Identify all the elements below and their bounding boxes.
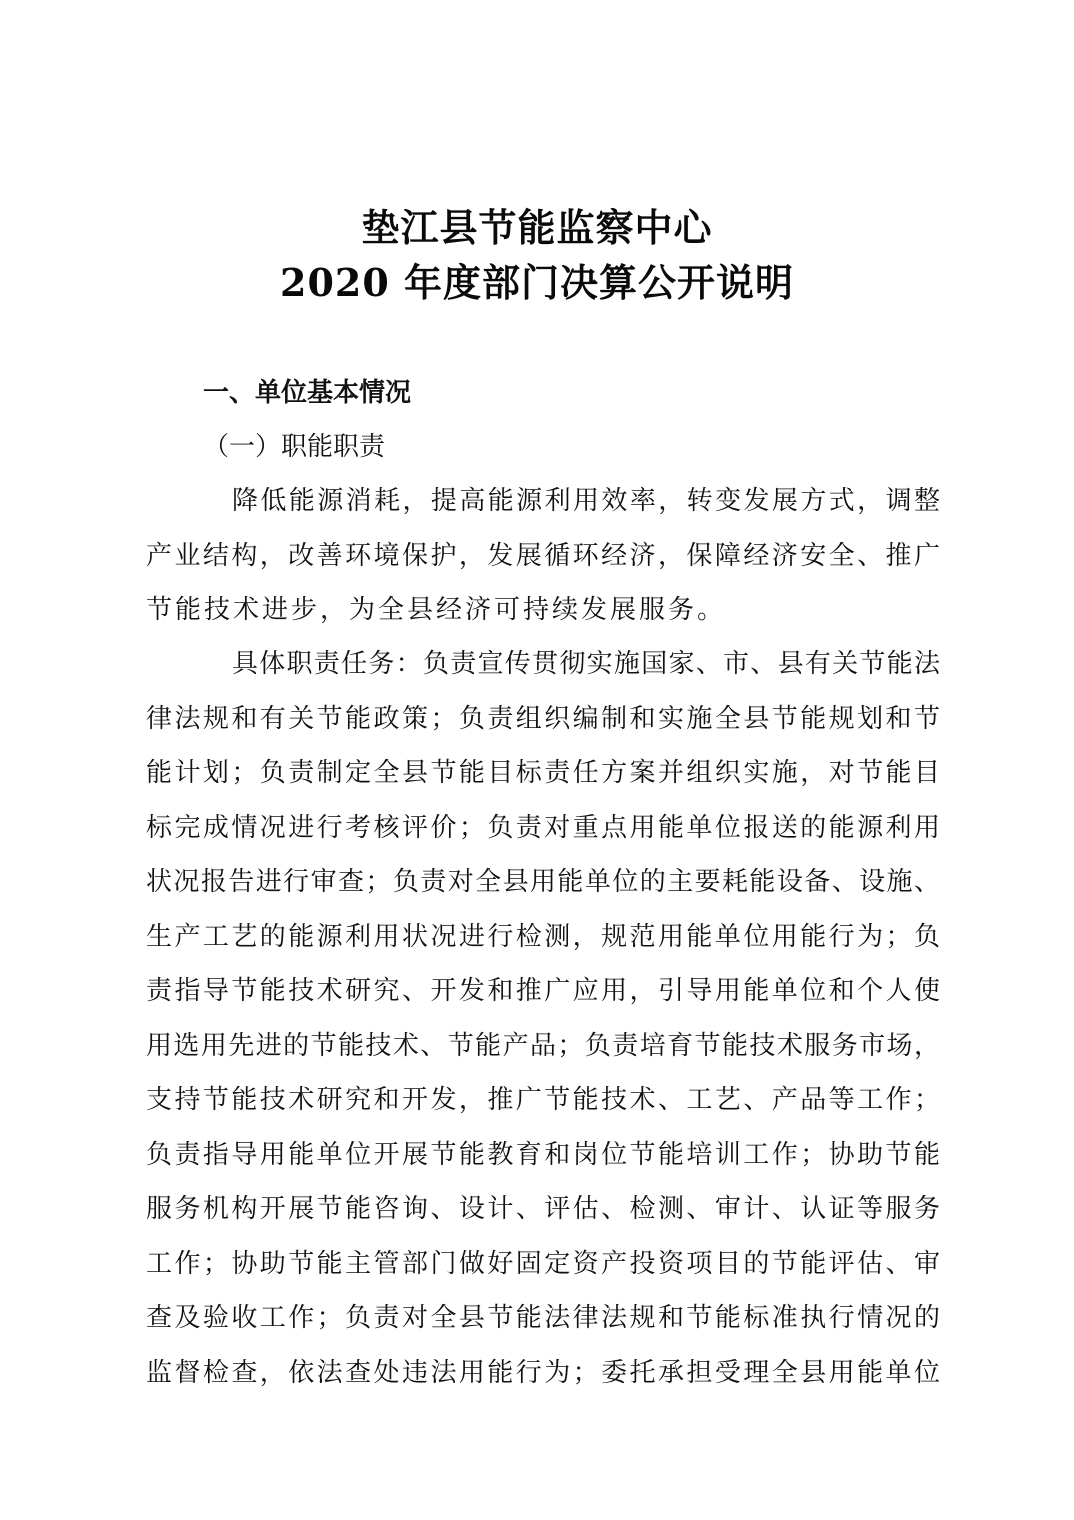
paragraph-line: 监督检查，依法查处违法用能行为；委托承担受理全县用能单位	[146, 1354, 940, 1392]
paragraph-line: 具体职责任务：负责宣传贯彻实施国家、市、县有关节能法	[232, 645, 940, 683]
paragraph-line: 责指导节能技术研究、开发和推广应用，引导用能单位和个人使	[146, 972, 940, 1010]
paragraph-line: 能计划；负责制定全县节能目标责任方案并组织实施，对节能目	[146, 754, 940, 792]
paragraph-line: 支持节能技术研究和开发，推广节能技术、工艺、产品等工作；	[146, 1081, 940, 1119]
paragraph-line: 服务机构开展节能咨询、设计、评估、检测、审计、认证等服务	[146, 1190, 940, 1228]
document-page: 垫江县节能监察中心 2020 年度部门决算公开说明 一、单位基本情况 （一）职能…	[0, 0, 1074, 1520]
document-title-line-1: 垫江县节能监察中心	[0, 203, 1074, 253]
paragraph-line: 工作；协助节能主管部门做好固定资产投资项目的节能评估、审	[146, 1245, 940, 1283]
paragraph-line: 产业结构，改善环境保护，发展循环经济，保障经济安全、推广	[146, 537, 940, 575]
paragraph-line: 查及验收工作；负责对全县节能法律法规和节能标准执行情况的	[146, 1299, 940, 1337]
paragraph-line: 状况报告进行审查；负责对全县用能单位的主要耗能设备、设施、	[146, 863, 940, 901]
subsection-heading: （一）职能职责	[203, 428, 385, 466]
paragraph-line: 降低能源消耗，提高能源利用效率，转变发展方式，调整	[232, 482, 940, 520]
paragraph-line: 标完成情况进行考核评价；负责对重点用能单位报送的能源利用	[146, 809, 940, 847]
paragraph-line: 节能技术进步，为全县经济可持续发展服务。	[146, 591, 940, 629]
paragraph-line: 生产工艺的能源利用状况进行检测，规范用能单位用能行为；负	[146, 918, 940, 956]
section-heading: 一、单位基本情况	[203, 374, 411, 412]
paragraph-line: 负责指导用能单位开展节能教育和岗位节能培训工作；协助节能	[146, 1136, 940, 1174]
paragraph-line: 律法规和有关节能政策；负责组织编制和实施全县节能规划和节	[146, 700, 940, 738]
document-title-line-2: 2020 年度部门决算公开说明	[0, 258, 1074, 308]
paragraph-line: 用选用先进的节能技术、节能产品；负责培育节能技术服务市场，	[146, 1027, 940, 1065]
